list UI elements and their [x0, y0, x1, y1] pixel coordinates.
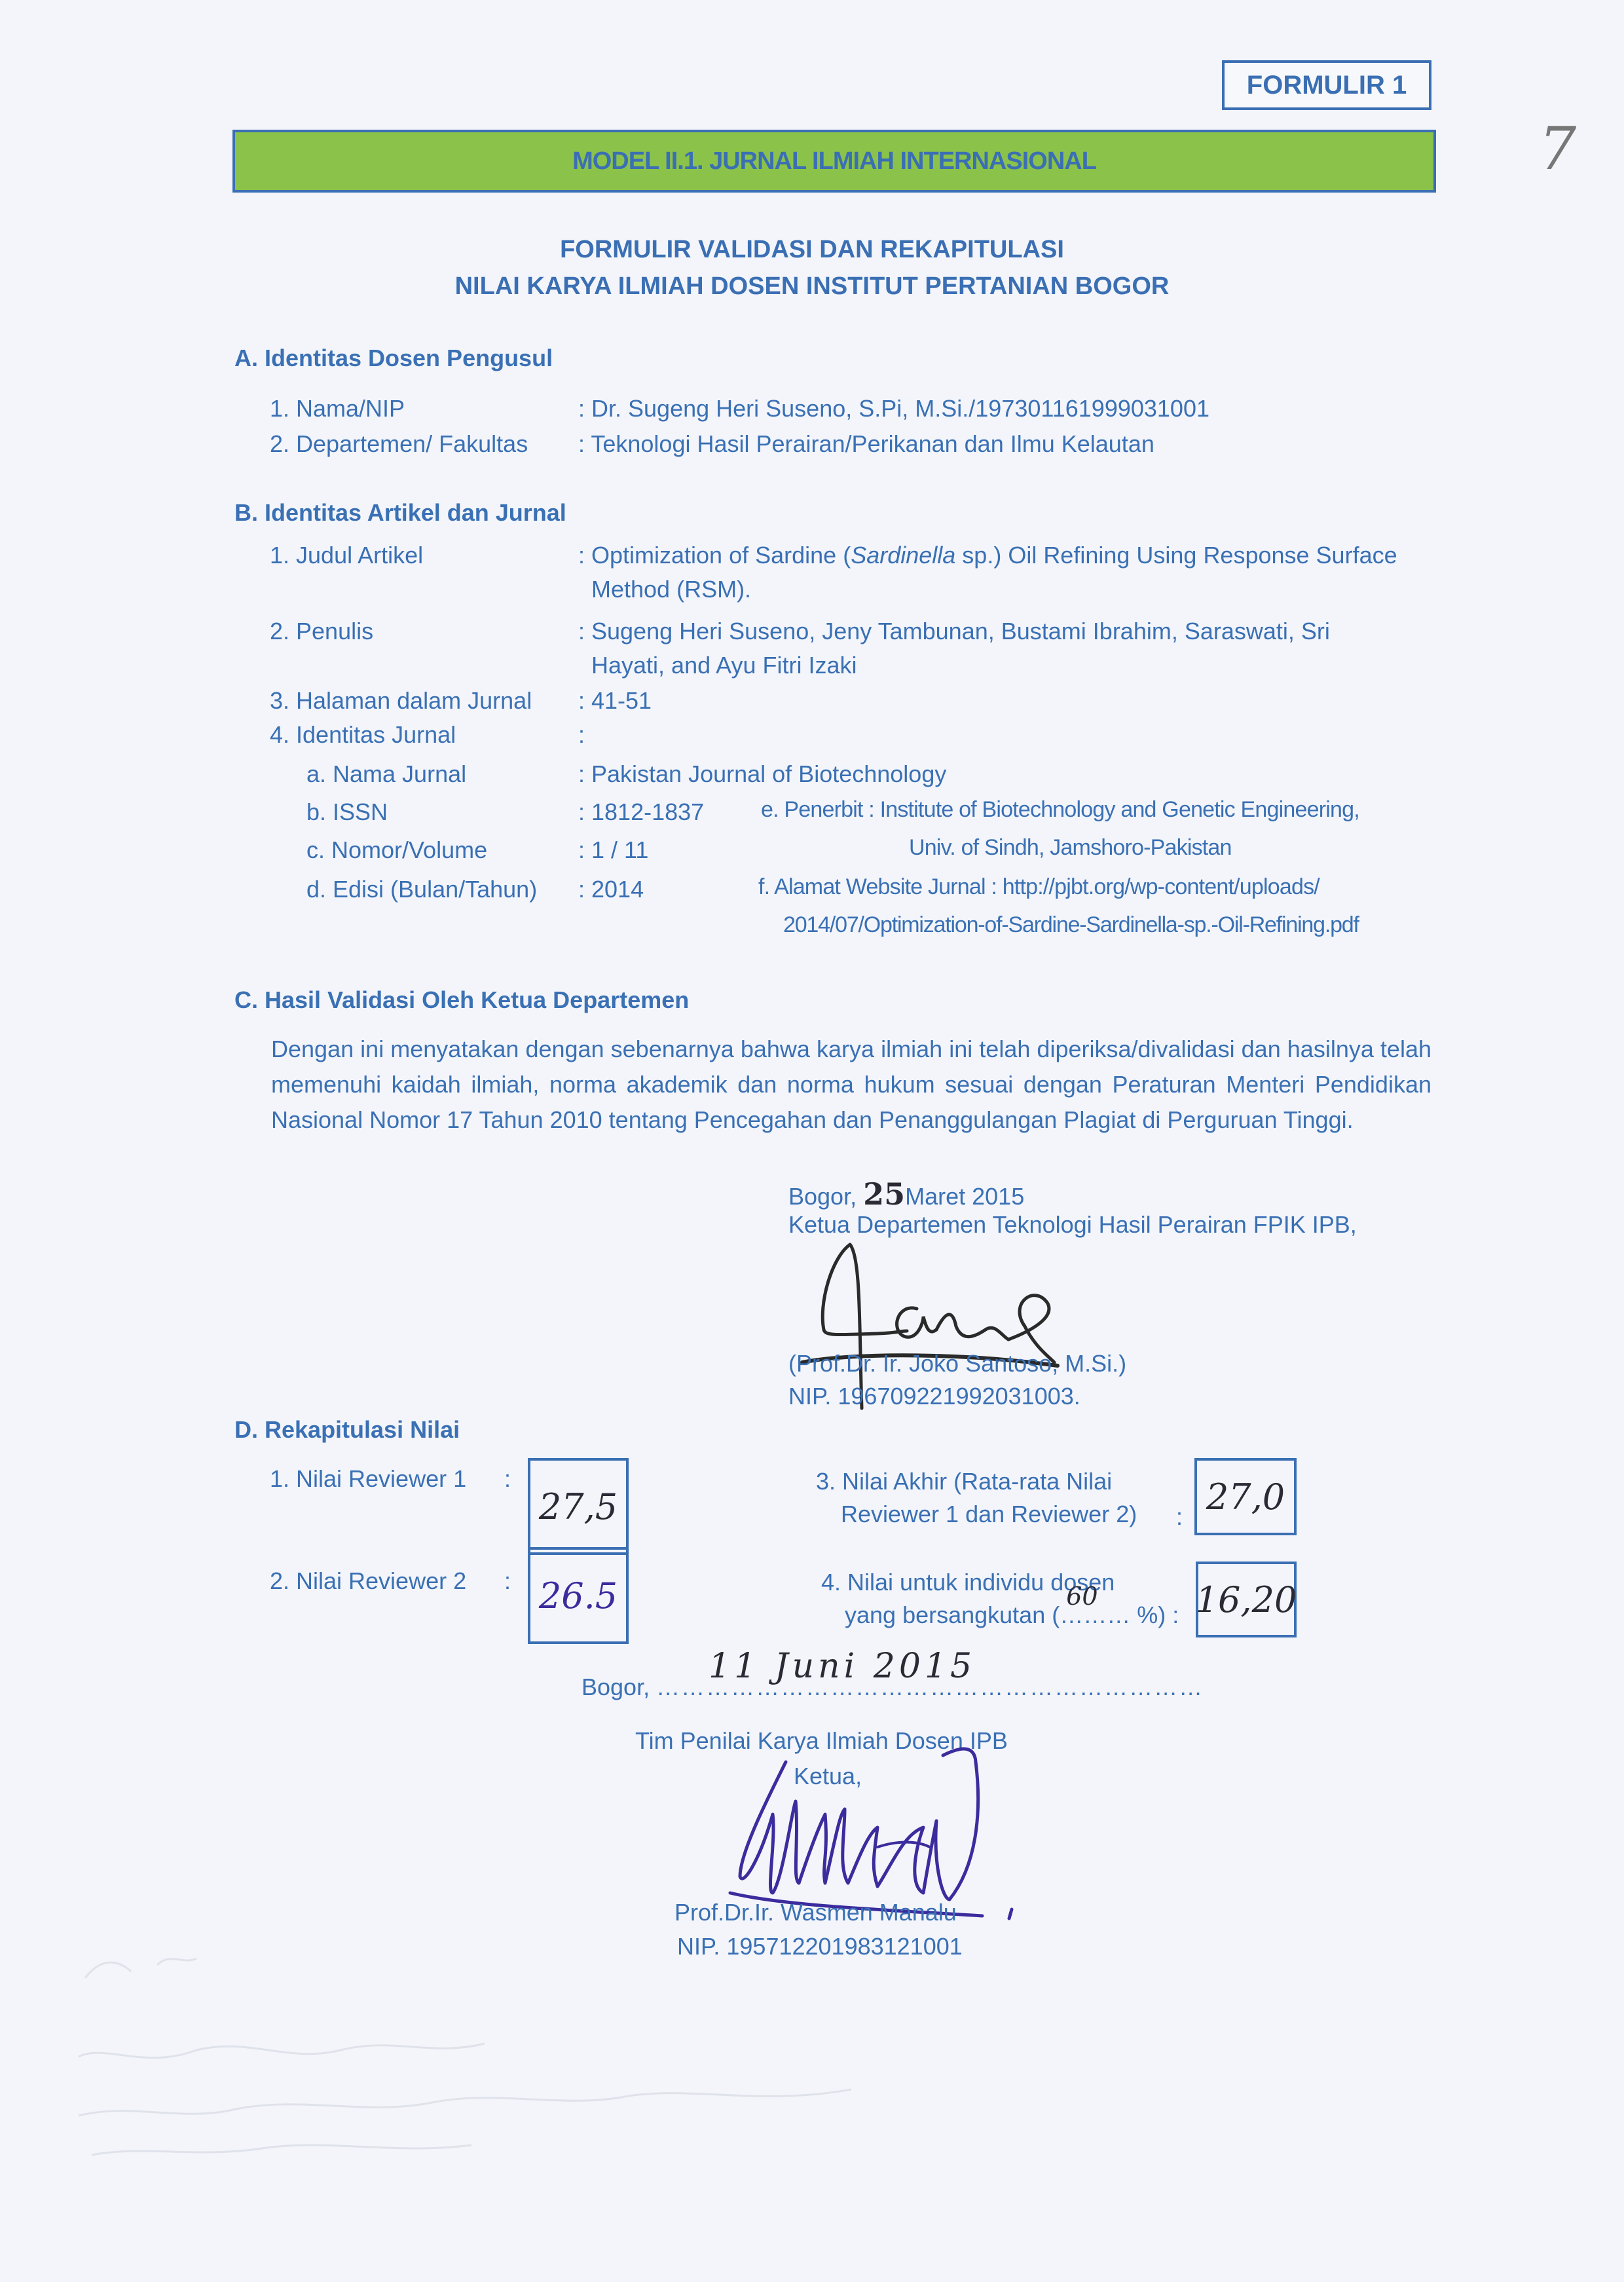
document-title-line1: FORMULIR VALIDASI DAN REKAPITULASI	[0, 236, 1624, 264]
assessment-date: Bogor, …………………………………………………………11 Juni 201…	[581, 1673, 1204, 1701]
judul-suffix: sp.) Oil Refining Using Response Surface	[955, 542, 1397, 569]
handwritten-percent: 60	[1066, 1582, 1098, 1612]
chair-name: Prof.Dr.Ir. Wasmen Manalu	[674, 1898, 957, 1926]
validator-name: (Prof.Dr. Ir. Joko Santoso, M.Si.)	[788, 1349, 1126, 1377]
validation-statement: Dengan ini menyatakan dengan sebenarnya …	[271, 1032, 1431, 1138]
judul-prefix: : Optimization of Sardine (	[578, 542, 851, 569]
nilai-individu-score: 16,20	[1196, 1579, 1297, 1620]
validation-month-year: Maret 2015	[905, 1183, 1024, 1210]
issn-label: b. ISSN	[306, 798, 388, 826]
judul-species: Sardinella	[851, 542, 955, 569]
reviewer2-colon: :	[504, 1567, 511, 1595]
section-b-heading: B. Identitas Artikel dan Jurnal	[234, 499, 566, 527]
penulis-label: 2. Penulis	[270, 617, 373, 645]
judul-line2: Method (RSM).	[591, 575, 751, 603]
nomor-volume-label: c. Nomor/Volume	[306, 836, 487, 864]
reviewer1-label: 1. Nilai Reviewer 1	[270, 1465, 466, 1493]
nilai-individu-prefix: yang bersangkutan (	[845, 1601, 1060, 1628]
section-c-heading: C. Hasil Validasi Oleh Ketua Departemen	[234, 986, 689, 1014]
formulir-label: FORMULIR 1	[1222, 60, 1431, 110]
reviewer2-score: 26.5	[539, 1575, 618, 1617]
edisi-label: d. Edisi (Bulan/Tahun)	[306, 875, 537, 903]
handwritten-assessment-date: 11 Juni 2015	[709, 1646, 976, 1687]
nilai-akhir-line2: Reviewer 1 dan Reviewer 2)	[841, 1500, 1137, 1528]
assessment-date-blank[interactable]: …………………………………………………………11 Juni 2015	[656, 1674, 1204, 1700]
nama-nip-label: 1. Nama/NIP	[270, 394, 405, 422]
percent-blank[interactable]: ………60	[1060, 1601, 1130, 1628]
reviewer1-colon: :	[504, 1465, 511, 1493]
handwritten-day: 25	[863, 1176, 905, 1212]
halaman-value: : 41-51	[578, 686, 652, 715]
validator-nip: NIP. 196709221992031003.	[788, 1382, 1080, 1410]
nilai-individu-box[interactable]: 16,20	[1196, 1562, 1297, 1637]
section-d-heading: D. Rekapitulasi Nilai	[234, 1416, 460, 1444]
penerbit-line1: e. Penerbit : Institute of Biotechnology…	[761, 796, 1359, 823]
document-title-line2: NILAI KARYA ILMIAH DOSEN INSTITUT PERTAN…	[0, 272, 1624, 301]
nilai-individu-line2: yang bersangkutan (………60 %) :	[845, 1601, 1179, 1629]
halaman-label: 3. Halaman dalam Jurnal	[270, 686, 532, 715]
website-line2: 2014/07/Optimization-of-Sardine-Sardinel…	[783, 912, 1359, 939]
departemen-value: : Teknologi Hasil Perairan/Perikanan dan…	[578, 430, 1154, 458]
nama-jurnal-value: : Pakistan Journal of Biotechnology	[578, 760, 946, 788]
nama-nip-value: : Dr. Sugeng Heri Suseno, S.Pi, M.Si./19…	[578, 394, 1209, 422]
nilai-akhir-colon: :	[1176, 1503, 1183, 1531]
nomor-volume-value: : 1 / 11	[578, 836, 648, 864]
nilai-akhir-box[interactable]: 27,0	[1194, 1458, 1297, 1535]
nama-jurnal-label: a. Nama Jurnal	[306, 760, 466, 788]
reviewer2-score-box[interactable]: 26.5	[528, 1547, 629, 1644]
identitas-jurnal-label: 4. Identitas Jurnal	[270, 720, 456, 749]
section-a-heading: A. Identitas Dosen Pengusul	[234, 345, 553, 372]
reviewer1-score: 27,5	[539, 1486, 618, 1527]
departemen-label: 2. Departemen/ Fakultas	[270, 430, 528, 458]
issn-value: : 1812-1837	[578, 798, 704, 826]
penulis-line1: : Sugeng Heri Suseno, Jeny Tambunan, Bus…	[578, 617, 1330, 645]
faint-pencil-notes	[65, 1926, 1048, 2175]
validation-place: Bogor,	[788, 1183, 863, 1210]
reviewer1-score-box[interactable]: 27,5	[528, 1458, 629, 1555]
nilai-akhir-score: 27,0	[1206, 1476, 1285, 1518]
penulis-line2: Hayati, and Ayu Fitri Izaki	[591, 651, 857, 679]
nilai-akhir-line1: 3. Nilai Akhir (Rata-rata Nilai	[816, 1467, 1112, 1495]
judul-value: : Optimization of Sardine (Sardinella sp…	[578, 541, 1397, 569]
judul-label: 1. Judul Artikel	[270, 541, 423, 569]
handwritten-page-number: 7	[1539, 115, 1576, 183]
model-banner: MODEL II.1. JURNAL ILMIAH INTERNASIONAL	[232, 130, 1436, 193]
reviewer2-label: 2. Nilai Reviewer 2	[270, 1567, 466, 1595]
assessment-place: Bogor,	[581, 1674, 656, 1700]
nilai-individu-suffix: %) :	[1130, 1601, 1179, 1628]
validation-date: Bogor, 25Maret 2015	[788, 1176, 1024, 1212]
edisi-value: : 2014	[578, 875, 644, 903]
penerbit-line2: Univ. of Sindh, Jamshoro-Pakistan	[909, 834, 1232, 861]
identitas-jurnal-colon: :	[578, 720, 585, 749]
website-line1: f. Alamat Website Jurnal : http://pjbt.o…	[758, 874, 1319, 901]
